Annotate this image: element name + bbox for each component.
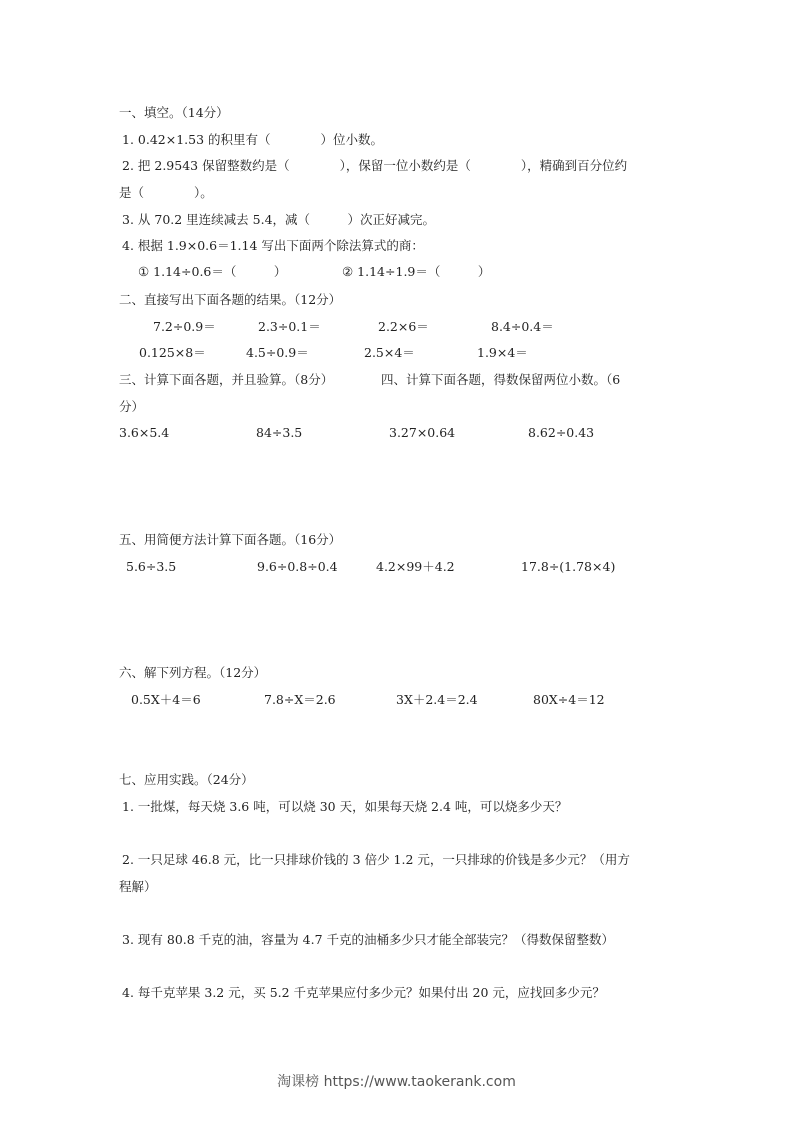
s1-question-3: 3. 从 70.2 里连续减去 5.4，减（ ）次正好减完。: [122, 212, 435, 228]
footer-watermark: 淘课榜 https://www.taokerank.com: [0, 1071, 793, 1091]
s2-row1-item2: 2.3÷0.1＝: [258, 319, 321, 335]
section-6-heading: 六、解下列方程。（12分）: [119, 665, 266, 681]
s1-question-4a: ① 1.14÷0.6＝（ ）: [138, 264, 286, 280]
s2-row1-item4: 8.4÷0.4＝: [491, 319, 554, 335]
s2-row2-item3: 2.5×4＝: [364, 345, 415, 361]
s2-row2-item2: 4.5÷0.9＝: [246, 345, 309, 361]
section-7-heading: 七、应用实践。（24分）: [119, 772, 254, 788]
s2-row1-item1: 7.2÷0.9＝: [153, 319, 216, 335]
s1-question-4b: ② 1.14÷1.9＝（ ）: [342, 264, 490, 280]
s1-question-1: 1. 0.42×1.53 的积里有（ ）位小数。: [122, 132, 383, 148]
s6-equation-3: 3X＋2.4＝2.4: [396, 692, 478, 708]
s6-equation-2: 7.8÷X＝2.6: [264, 692, 336, 708]
s7-question-2-line1: 2. 一只足球 46.8 元，比一只排球价钱的 3 倍少 1.2 元，一只排球的…: [122, 852, 630, 868]
section-5-heading: 五、用简便方法计算下面各题。（16分）: [119, 532, 341, 548]
s1-question-2-line2: 是（ ）。: [119, 185, 213, 201]
s2-row2-item1: 0.125×8＝: [139, 345, 206, 361]
s5-item-2: 9.6÷0.8÷0.4: [257, 559, 338, 575]
s2-row2-item4: 1.9×4＝: [477, 345, 528, 361]
section-1-heading: 一、填空。（14分）: [119, 105, 229, 121]
s7-question-4: 4. 每千克苹果 3.2 元，买 5.2 千克苹果应付多少元？如果付出 20 元…: [122, 985, 605, 1001]
s3-item-2: 84÷3.5: [256, 425, 302, 441]
section-3-heading: 三、计算下面各题，并且验算。（8分）: [119, 372, 333, 388]
section-4-heading-line1: 四、计算下面各题，得数保留两位小数。（6: [381, 372, 620, 388]
s6-equation-4: 80X÷4＝12: [533, 692, 605, 708]
s5-item-4: 17.8÷(1.78×4): [521, 559, 615, 575]
s7-question-3: 3. 现有 80.8 千克的油，容量为 4.7 千克的油桶多少只才能全部装完？（…: [122, 932, 614, 948]
s4-item-2: 8.62÷0.43: [528, 425, 594, 441]
s1-question-2-line1: 2. 把 2.9543 保留整数约是（ ），保留一位小数约是（ ），精确到百分位…: [122, 158, 627, 174]
s7-question-1: 1. 一批煤，每天烧 3.6 吨，可以烧 30 天，如果每天烧 2.4 吨，可以…: [122, 799, 567, 815]
s3-item-1: 3.6×5.4: [119, 425, 169, 441]
s5-item-1: 5.6÷3.5: [126, 559, 176, 575]
s6-equation-1: 0.5X＋4＝6: [131, 692, 201, 708]
s2-row1-item3: 2.2×6＝: [378, 319, 429, 335]
s7-question-2-line2: 程解）: [119, 879, 157, 895]
s1-question-4: 4. 根据 1.9×0.6＝1.14 写出下面两个除法算式的商：: [122, 238, 424, 254]
section-4-heading-line2: 分）: [119, 399, 144, 415]
s4-item-1: 3.27×0.64: [389, 425, 455, 441]
s5-item-3: 4.2×99＋4.2: [376, 559, 455, 575]
section-2-heading: 二、直接写出下面各题的结果。（12分）: [119, 292, 341, 308]
